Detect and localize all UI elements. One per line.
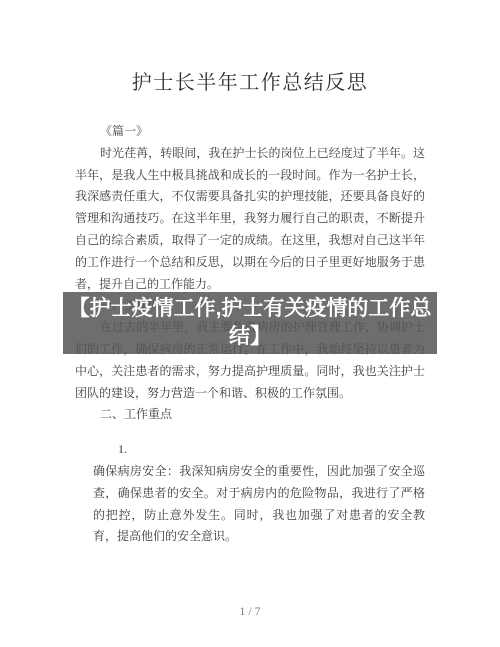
list-number: 1. [75,439,425,461]
page-indicator: 1 / 7 [0,604,500,619]
paragraph-ward-safety: 确保病房安全：我深知病房安全的重要性，因此加强了安全巡查，确保患者的安全。对于病… [75,461,425,548]
heading-work-focus: 二、工作重点 [75,404,425,426]
document-page: 护士长半年工作总结反思 《篇一》 时光荏苒，转眼间，我在护士长的岗位上已经度过了… [0,0,500,647]
paragraph-intro: 时光荏苒，转眼间，我在护士长的岗位上已经度过了半年。这半年，是我人生中极具挑战和… [75,143,425,296]
page-title: 护士长半年工作总结反思 [0,0,500,95]
section-label: 《篇一》 [75,121,425,143]
title-overlay-banner: 【护士疫情工作,护士有关疫情的工作总结】 [63,292,437,354]
overlay-banner-text: 【护士疫情工作,护士有关疫情的工作总结】 [63,295,437,351]
